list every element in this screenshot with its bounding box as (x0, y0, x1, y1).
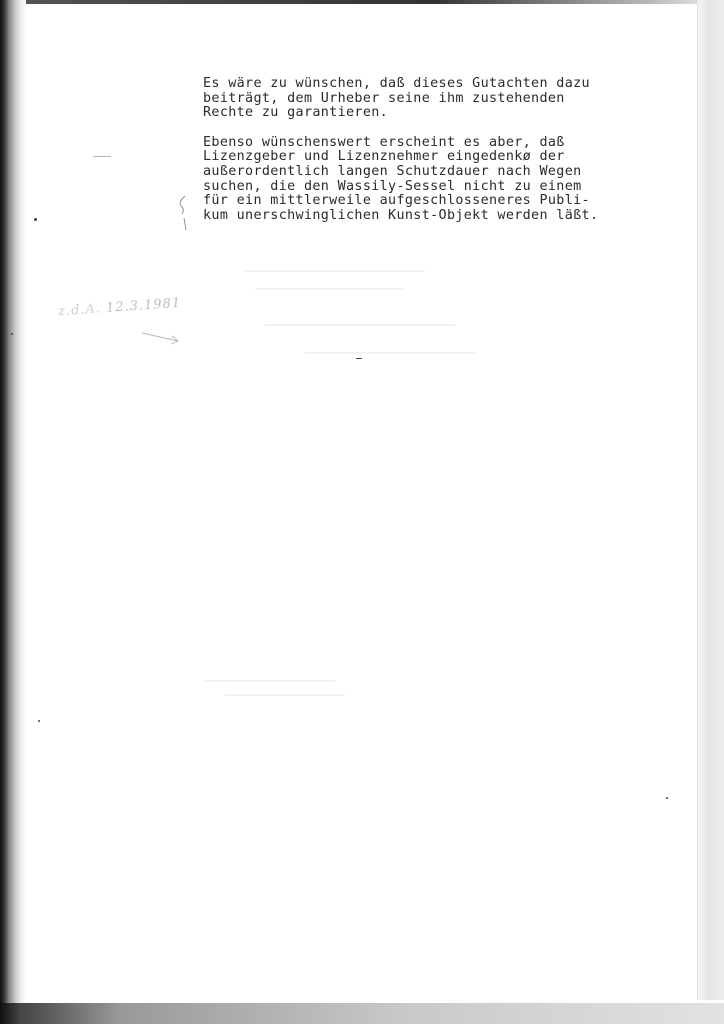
text-line: Ebenso wünschenswert erscheint es aber, … (203, 135, 565, 150)
bleed-through-line (305, 352, 475, 354)
scan-left-binding-shadow (0, 0, 26, 1024)
scan-speck (38, 720, 40, 722)
bleed-through-line (245, 270, 425, 272)
text-line: kum unerschwinglichen Kunst-Objekt werde… (203, 208, 598, 223)
text-line: Rechte zu garantieren. (203, 105, 388, 120)
paragraph-1: Es wäre zu wünschen, daß dieses Gutachte… (203, 77, 643, 121)
paragraph-2: Ebenso wünschenswert erscheint es aber, … (203, 136, 643, 224)
note-prefix: z.d.A. (58, 301, 102, 319)
bleed-through-line (205, 680, 335, 682)
text-line: außerordentlich langen Schutzdauer nach … (203, 164, 582, 179)
text-line: Es wäre zu wünschen, daß dieses Gutachte… (203, 76, 590, 91)
bleed-through-line (265, 324, 455, 326)
bleed-through-line (225, 694, 345, 696)
margin-squiggle-icon (176, 194, 190, 234)
text-line: beiträgt, dem Urheber seine ihm zustehen… (203, 91, 565, 106)
scan-bottom-edge (0, 1003, 724, 1024)
handwritten-arrow-icon (140, 330, 184, 346)
scan-speck (666, 797, 668, 799)
text-line: Lizenzgeber und Lizenznehmer eingedenkø … (203, 149, 565, 164)
scan-top-edge (0, 0, 724, 4)
text-line: für ein mittlerweile aufgeschlosseneres … (203, 193, 590, 208)
text-line: suchen, die den Wassily-Sessel nicht zu … (203, 179, 582, 194)
scan-speck (11, 333, 13, 335)
scan-speck (34, 218, 37, 221)
bleed-through-line (255, 288, 405, 290)
margin-dash-mark (93, 156, 111, 157)
scan-right-page-edge (697, 0, 724, 1000)
typewritten-text: Es wäre zu wünschen, daß dieses Gutachte… (203, 77, 643, 224)
note-date: 12.3.1981 (106, 296, 182, 316)
scan-speck (356, 358, 362, 359)
handwritten-note: z.d.A. 12.3.1981 (58, 296, 182, 320)
